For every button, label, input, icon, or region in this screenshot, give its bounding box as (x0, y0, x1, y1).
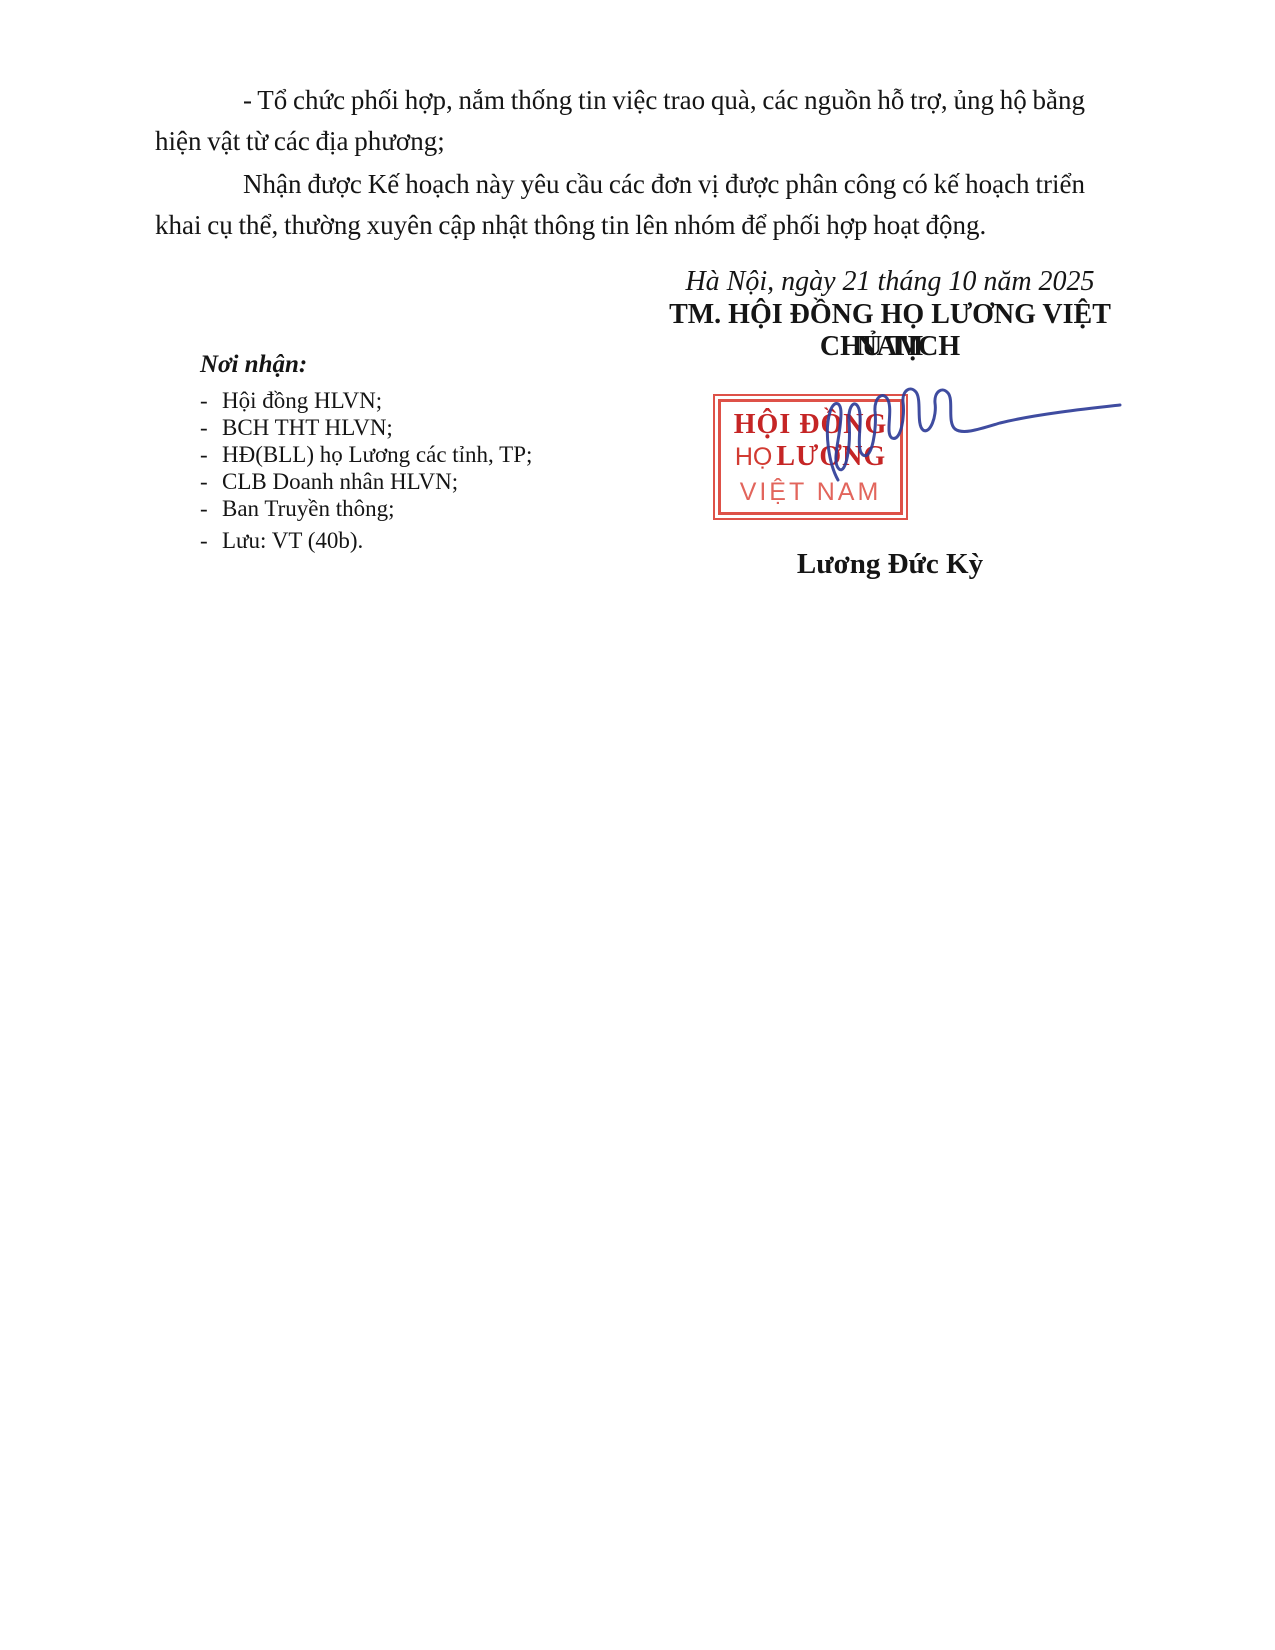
list-dash: - (200, 414, 222, 441)
stamp-text-line2: HỌ LƯƠNG (735, 441, 886, 477)
list-item-label: Lưu: VT (40b). (222, 527, 363, 554)
list-item: - BCH THT HLVN; (200, 414, 620, 441)
paragraph-line: Nhận được Kế hoạch này yêu cầu các đơn v… (155, 164, 1085, 205)
list-item-label: Ban Truyền thông; (222, 495, 395, 522)
title-line: CHỦ TỊCH (635, 331, 1145, 363)
paragraph-line: hiện vật từ các địa phương; (155, 121, 1085, 162)
list-item: - Ban Truyền thông; (200, 495, 620, 522)
body-text: - Tổ chức phối hợp, nắm thống tin việc t… (155, 80, 1085, 246)
stamp-inner-border: HỘI ĐỒNG HỌ LƯƠNG VIỆT NAM (718, 399, 903, 515)
list-dash: - (200, 527, 222, 554)
stamp-text-ho: HỌ (735, 443, 773, 471)
list-item: - Hội đồng HLVN; (200, 387, 620, 414)
list-item: - HĐ(BLL) họ Lương các tỉnh, TP; (200, 441, 620, 468)
paragraph-line: - Tổ chức phối hợp, nắm thống tin việc t… (155, 80, 1085, 121)
paragraph-line: khai cụ thể, thường xuyên cập nhật thông… (155, 205, 1085, 246)
signer-name: Lương Đức Kỳ (635, 548, 1145, 581)
document-page: - Tổ chức phối hợp, nắm thống tin việc t… (0, 0, 1275, 1650)
stamp-text-line3: VIỆT NAM (740, 478, 882, 506)
list-dash: - (200, 495, 222, 522)
list-item: - Lưu: VT (40b). (200, 527, 620, 554)
paragraph: - Tổ chức phối hợp, nắm thống tin việc t… (155, 80, 1085, 162)
stamp-text-luong: LƯƠNG (776, 441, 886, 472)
list-dash: - (200, 468, 222, 495)
list-item-label: HĐ(BLL) họ Lương các tỉnh, TP; (222, 441, 532, 468)
dateline: Hà Nội, ngày 21 tháng 10 năm 2025 (635, 266, 1145, 298)
list-item-label: CLB Doanh nhân HLVN; (222, 468, 458, 495)
recipients-block: Nơi nhận: - Hội đồng HLVN; - BCH THT HLV… (200, 351, 620, 554)
official-stamp: HỘI ĐỒNG HỌ LƯƠNG VIỆT NAM (713, 394, 908, 520)
list-item: - CLB Doanh nhân HLVN; (200, 468, 620, 495)
list-dash: - (200, 441, 222, 468)
stamp-text-line1: HỘI ĐỒNG (734, 409, 887, 440)
list-item-label: BCH THT HLVN; (222, 414, 393, 441)
paragraph: Nhận được Kế hoạch này yêu cầu các đơn v… (155, 164, 1085, 246)
list-item-label: Hội đồng HLVN; (222, 387, 382, 414)
list-dash: - (200, 387, 222, 414)
recipients-heading: Nơi nhận: (200, 351, 620, 379)
